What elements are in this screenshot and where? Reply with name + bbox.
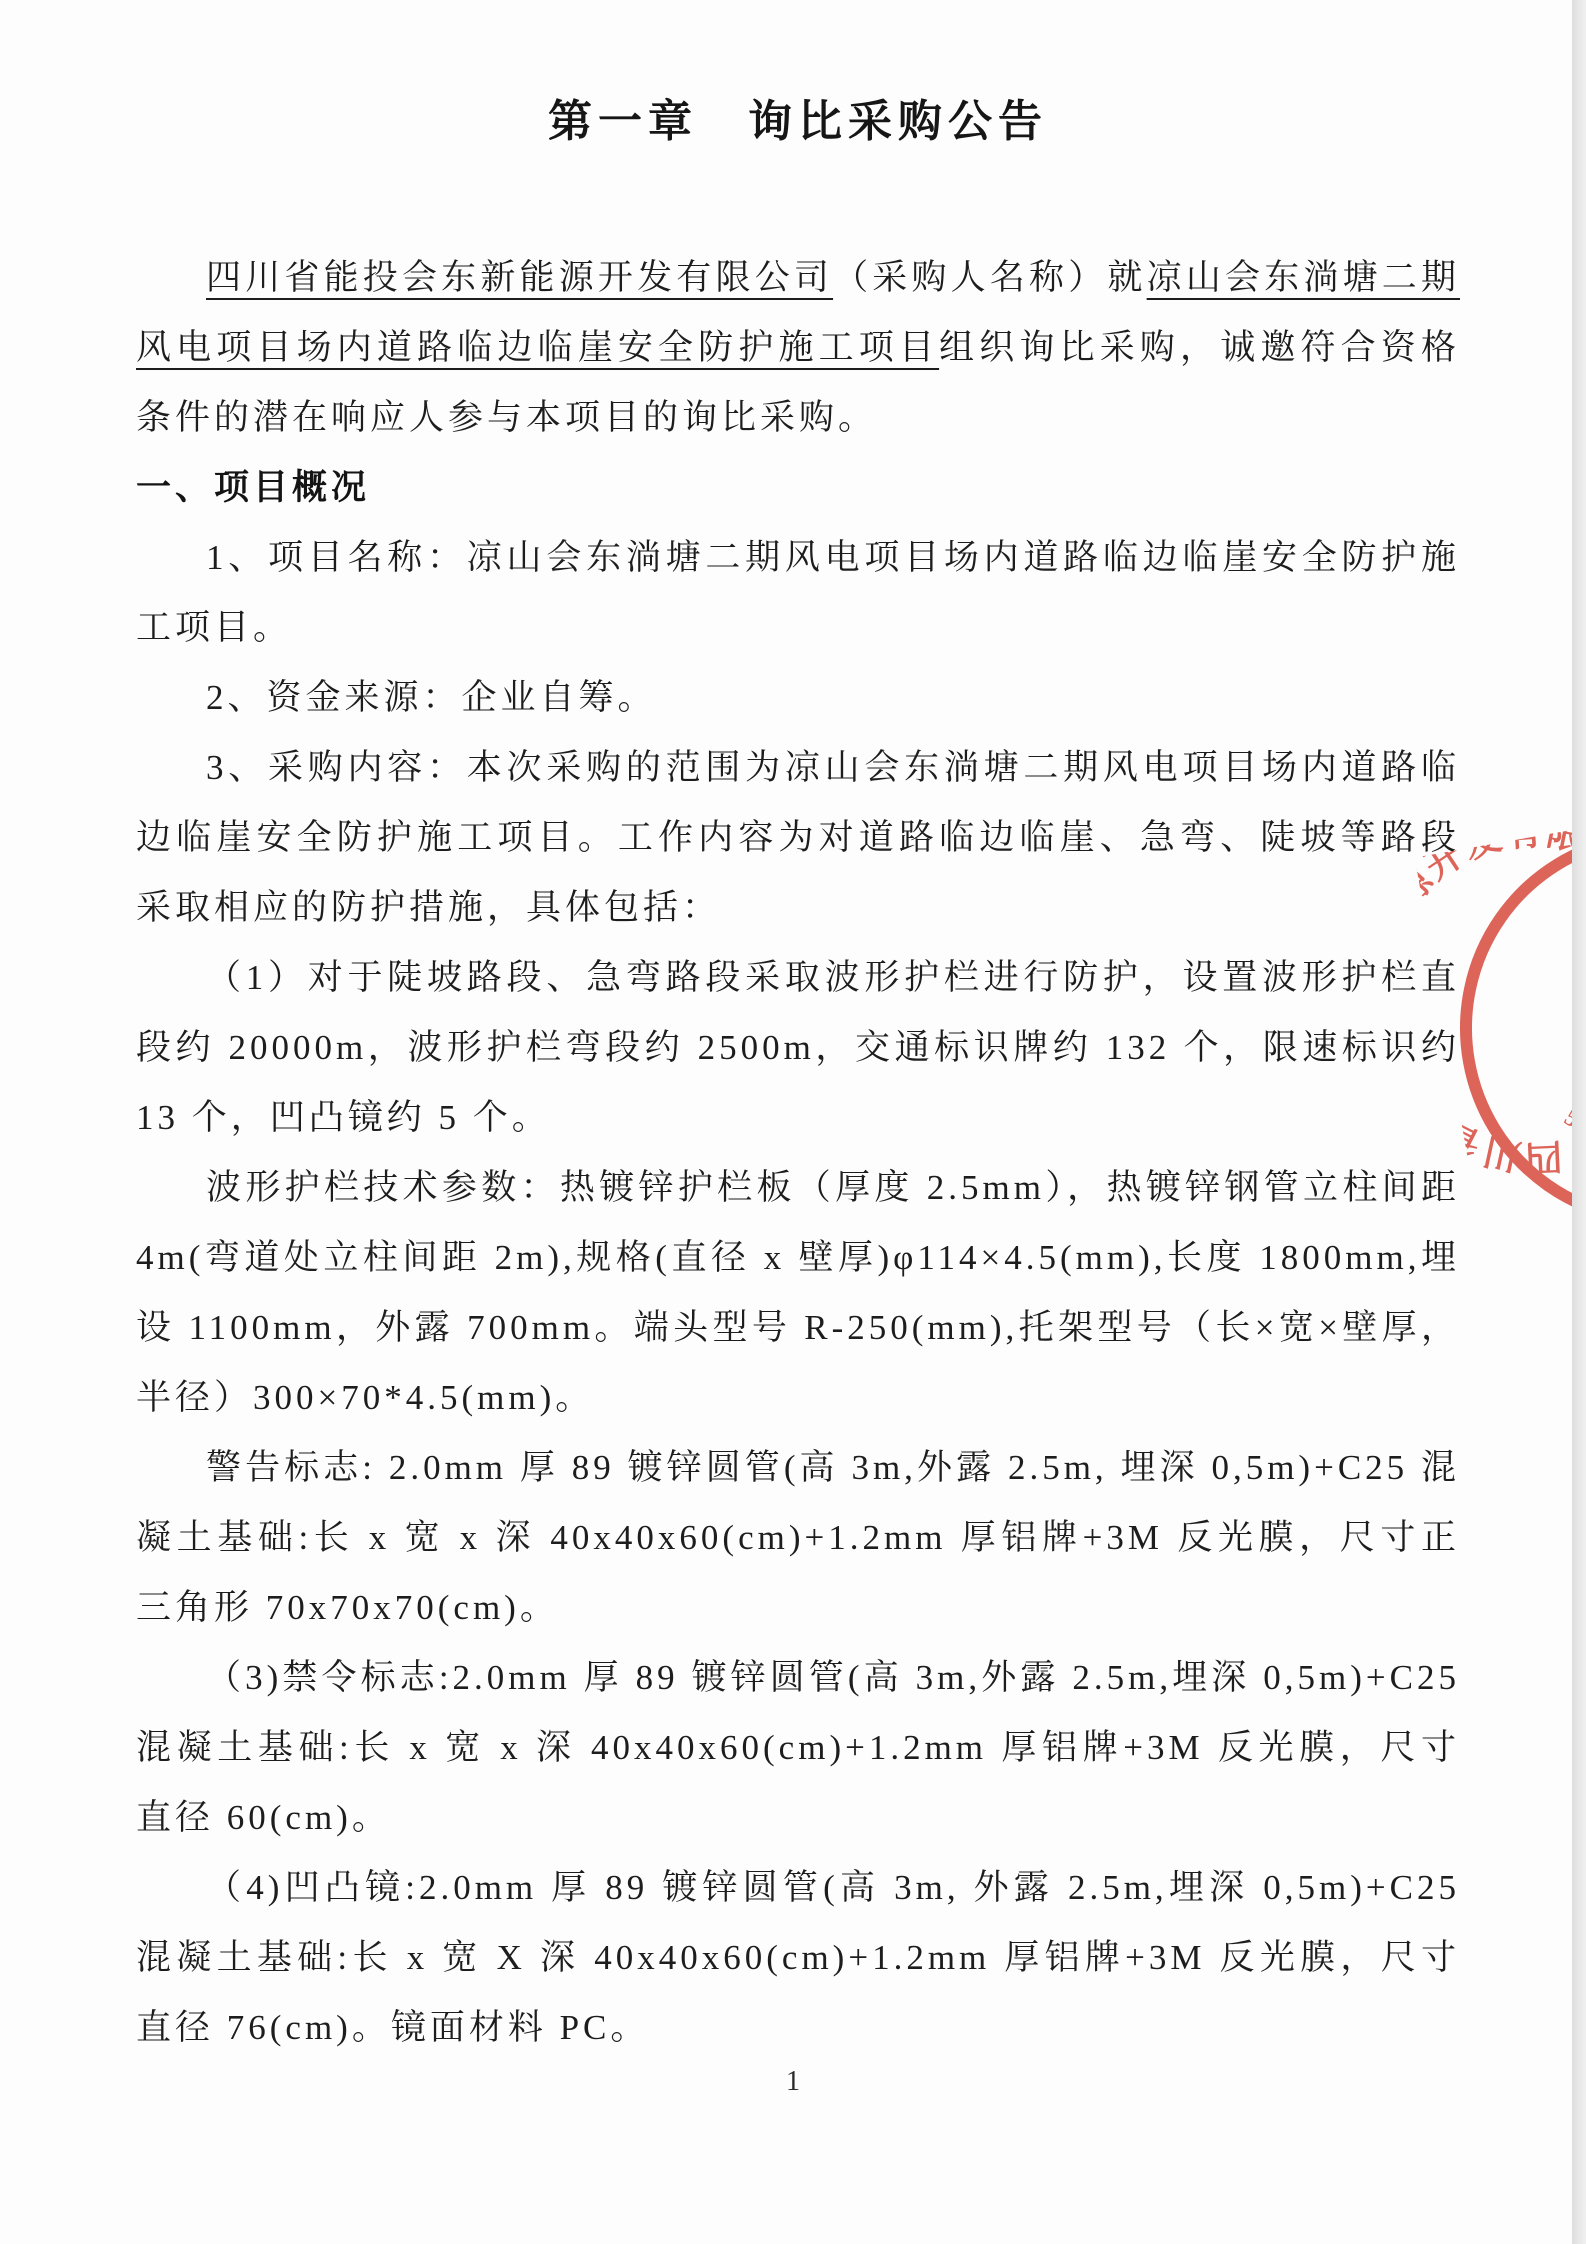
page-number: 1 <box>0 2066 1586 2098</box>
underlined-text: 四川省能投会东新能源开发有限公司 <box>206 258 833 297</box>
body-paragraph: （3)禁令标志:2.0mm 厚 89 镀锌圆管(高 3m,外露 2.5m,埋深 … <box>136 1643 1460 1853</box>
body-paragraph: 波形护栏技术参数：热镀锌护栏板（厚度 2.5mm），热镀锌钢管立柱间距 4m(弯… <box>136 1153 1460 1433</box>
body-paragraph: 警告标志: 2.0mm 厚 89 镀锌圆管(高 3m,外露 2.5m, 埋深 0… <box>136 1433 1460 1643</box>
document-body: 四川省能投会东新能源开发有限公司（采购人名称）就凉山会东淌塘二期风电项目场内道路… <box>136 243 1460 2063</box>
section-heading: 一、项目概况 <box>136 453 1460 523</box>
document-page: 第一章 询比采购公告 四川省能投会东新能源开发有限公司（采购人名称）就凉山会东淌… <box>0 0 1586 2244</box>
body-paragraph: （1）对于陡坡路段、急弯路段采取波形护栏进行防护，设置波形护栏直段约 20000… <box>136 943 1460 1153</box>
body-paragraph: 3、采购内容：本次采购的范围为凉山会东淌塘二期风电项目场内道路临边临崖安全防护施… <box>136 733 1460 943</box>
body-paragraph: 2、资金来源：企业自筹。 <box>136 663 1460 733</box>
chapter-title: 第一章 询比采购公告 <box>136 0 1460 148</box>
body-paragraph: （4)凹凸镜:2.0mm 厚 89 镀锌圆管(高 3m, 外露 2.5m,埋深 … <box>136 1853 1460 2063</box>
scan-edge-shadow <box>1572 0 1586 2244</box>
plain-text: （采购人名称）就 <box>833 258 1147 297</box>
document-content: 第一章 询比采购公告 四川省能投会东新能源开发有限公司（采购人名称）就凉山会东淌… <box>136 0 1460 2063</box>
body-paragraph: 1、项目名称：凉山会东淌塘二期风电项目场内道路临边临崖安全防护施工项目。 <box>136 523 1460 663</box>
opening-paragraph: 四川省能投会东新能源开发有限公司（采购人名称）就凉山会东淌塘二期风电项目场内道路… <box>136 243 1460 453</box>
